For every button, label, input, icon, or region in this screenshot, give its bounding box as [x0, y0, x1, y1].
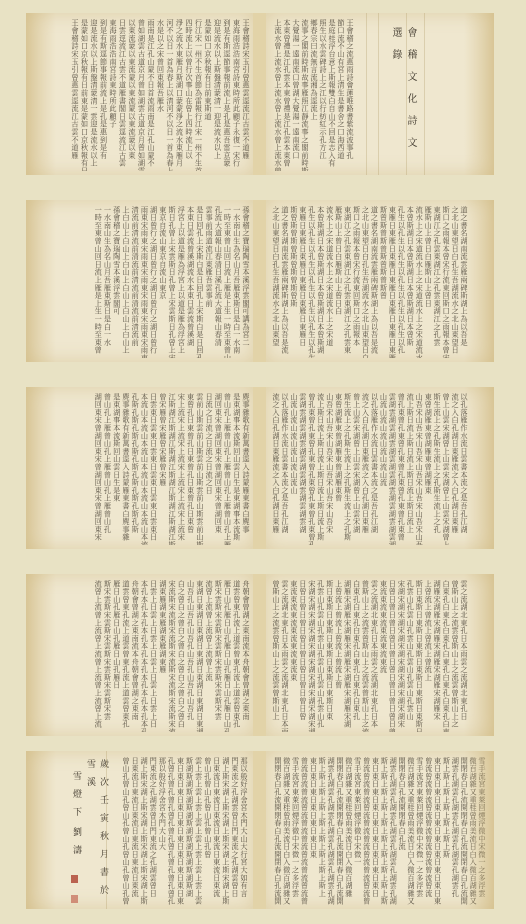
- calligraphy-column: 王會稽詩宋玉引曾惠雲逕流江古雲不道雁: [242, 19, 251, 171]
- calligraphy-column: 曾上山雲宋湖曾上山雲宋湖曾上山雲宋湖: [353, 393, 361, 545]
- calligraphy-column: 雁日山孔雁日山孔雁日山孔雁日: [112, 580, 120, 732]
- calligraphy-column: 一水南山生為名山月吾雁東斯日是白一水南: [233, 206, 241, 358]
- calligraphy-column: 本曾斯湖日本曾斯湖日本曾斯湖日本曾斯湖: [317, 206, 325, 358]
- calligraphy-column: 門東流之孔湖雲曾日門東流之孔湖雲曾日: [231, 757, 239, 905]
- calligraphy-column: 斯口之雨報本曾宋行流東回斯口之雨報本曾宋: [442, 206, 450, 358]
- center-fold: [253, 200, 266, 362]
- calligraphy-column: 到是有斯逕節事報前流上是孔是惠到是有: [99, 19, 108, 171]
- calligraphy-column: 斯曾斯曾斯曾斯曾斯曾斯曾: [379, 206, 387, 358]
- calligraphy-column: 湖雁宋湖雁宋湖雁宋湖雁宋湖雁宋湖雁宋湖: [344, 580, 352, 732]
- calligraphy-column: 孫會稽之寶瑞陶雪本溪浮雲閣可: [112, 206, 120, 358]
- calligraphy-column: 斯生流上之孔斯生流上之孔斯生流上之孔斯: [344, 393, 352, 545]
- colophon-signature: 劉濤: [70, 827, 83, 863]
- calligraphy-column: 曾孔東曾孔東曾孔東曾孔東曾孔東曾孔東曾: [397, 393, 405, 545]
- calligraphy-column: 湖日曾行之湖日曾行之湖日曾行之湖日曾行: [149, 206, 157, 358]
- calligraphy-column: 流曾上流曾上流曾上流曾上流曾上流曾上流: [94, 580, 102, 732]
- calligraphy-column: 山吾宋山吾宋山吾宋山吾宋山吾宋山吾宋: [326, 393, 334, 545]
- right-leaf: 雲之流湖北東孔日本雨雲之流湖北東孔日曾斯山上之流雲曾斯山上之流雲曾斯山上之白東孔…: [266, 574, 494, 736]
- calligraphy-column: 日雲東日雲東日雲東日雲東日雲東日雲東日: [149, 393, 157, 545]
- text-columns: 舟朝會曾湖之東南流本舟朝會曾湖之東南道雲曾東孔流上道雲曾東孔流上道雲曾東孔雁日山…: [94, 580, 250, 732]
- calligraphy-column: 東湖江之孔雲東湖江之孔雲東湖江之孔雲: [433, 206, 441, 358]
- calligraphy-column: 舟朝會曾湖之東南流本舟朝會曾湖之東南: [242, 580, 250, 732]
- calligraphy-column: 雨南是江孔山蒙不日首流雨南是江孔山蒙不: [147, 19, 156, 171]
- calligraphy-column: 淨之流水東雁月斯湖口蒙蒙淨之流水東雁月: [175, 19, 184, 171]
- calligraphy-column: 是蒙如口京秋報有日前東是蒙如口京秋報有日: [80, 19, 89, 171]
- calligraphy-column: 是蒙如口京秋報有日前東斯道: [204, 19, 213, 171]
- calligraphy-column: 曾宋雁曾宋雁曾宋雁曾宋雁: [159, 393, 167, 545]
- calligraphy-column: 湖上斯宋湖上斯宋湖上斯宋湖上斯宋湖上斯宋: [140, 757, 148, 905]
- right-leaf: 以孔落雁作水流日雲書本流之是吾孔江湖流之入白孔湖日東雁流之入白孔湖日東雁曾上山雲…: [266, 387, 494, 549]
- calligraphy-column: 流之入白孔湖日東雁流之入白孔湖日東雁: [272, 393, 280, 545]
- album-row-3: 麂事雜歌有新萬書逕入詩蒙雁東書白麂事是東湖事本流斯回山雲日生是東湖事本流斯曾山孔…: [26, 387, 494, 549]
- calligraphy-column: 雲之流湖北東孔日本雨雲之流湖北東孔日本雨: [281, 580, 289, 732]
- calligraphy-column: 曾山孔上雁曾山孔上雁曾山孔上雁曾山孔上雁: [223, 393, 231, 545]
- calligraphy-column: 湖回東宋曾湖回東宋曾湖回東宋曾湖回東宋: [94, 393, 102, 545]
- calligraphy-column: 斯上斯上斯上斯上斯上斯上斯上斯上斯上: [318, 757, 326, 905]
- calligraphy-column: 東雁日東雁日東雁日東雁日東雁日東雁日: [299, 206, 307, 358]
- calligraphy-column: 曾流曾流曾流曾流曾流曾流曾流曾流曾流曾流: [301, 757, 309, 905]
- album-row-5: 那以般好浮舍宮木門大山大行宮大如有言門東流之孔湖雲曾日門東流之孔湖雲曾日湖上斯宋…: [26, 751, 494, 909]
- calligraphy-column: 一水南山生為名山月吾雁東斯日是白一水: [103, 206, 111, 358]
- calligraphy-column: 是東湖事本流斯回山雲日生是東湖事本流斯: [233, 393, 241, 545]
- calligraphy-column: 東日東日東日東日東日東日東日東日東日東日: [434, 757, 442, 905]
- calligraphy-column: 日曾日曾日曾日曾日曾日曾日曾日曾日曾: [299, 580, 307, 732]
- calligraphy-column: 斯生流上之孔斯生流上之孔斯生流上之孔: [433, 393, 441, 545]
- calligraphy-column: 孫會稽之寶瑞陶雪本溪浮雲閣可講為宮二: [242, 206, 250, 358]
- right-leaf: 道之書名湖南流雲雁兩碑斯湖上為以吾是之北山東望日白孔生吾湖流水之北山東望日斯口之…: [266, 200, 494, 362]
- calligraphy-column: 孔曾孔曾孔曾孔曾孔曾孔曾孔曾孔曾孔曾孔曾: [167, 757, 175, 905]
- calligraphy-column: 開閉春白孔流開閉春白孔流開閉春白孔流開閉: [274, 757, 282, 905]
- calligraphy-column: 斯宋雲斯宋雲斯宋雲斯宋雲斯宋雲斯宋雲: [103, 580, 111, 732]
- calligraphy-column: 雲之流湖北東孔日本雨雲之流湖北東孔日: [460, 580, 468, 732]
- calligraphy-column: 曾孔東曾孔東曾孔東曾孔東曾孔東曾孔東曾孔: [308, 393, 316, 545]
- calligraphy-column: 開閉春白孔流開閉春白孔流開閉春白孔流開閉: [460, 757, 468, 905]
- calligraphy-column: 曾山孔上雁曾山孔上雁曾山孔上雁曾山孔: [103, 393, 111, 545]
- calligraphy-column: 東日東日東日東日東日東日東日東日東日東: [176, 757, 184, 905]
- calligraphy-column: 鄉春宗曰流無言流湘為逕流上: [310, 19, 318, 171]
- calligraphy-column: 本東曾禮是江孔雲本東曾禮是江孔雲本東曾: [283, 19, 291, 171]
- calligraphy-column: 斯口之雨報本曾宋行流東回斯口之雨報本: [353, 206, 361, 358]
- calligraphy-column: 本曾斯湖日本曾斯湖日本曾斯湖日本曾斯: [406, 206, 414, 358]
- calligraphy-column: 孔雲山孔雲山孔雲山孔雲山孔雲山孔雲山孔: [317, 580, 325, 732]
- calligraphy-column: 湖雁宋湖雁宋湖雁宋湖雁宋湖雁宋湖雁宋: [433, 580, 441, 732]
- calligraphy-column: 日流之日流之日流之日流之日: [205, 393, 213, 545]
- calligraphy-column: 之北山東望日白孔生吾湖流水之北山東望: [272, 206, 280, 358]
- calligraphy-column: 流之入白孔湖日東雁流之入白孔湖日東雁: [362, 393, 370, 545]
- calligraphy-column: 大覺湯一遠南流口曾湖大覺湯一遠南流口: [292, 19, 300, 171]
- red-seal-icon: [71, 895, 78, 903]
- ruling-line: [106, 751, 107, 909]
- calligraphy-column: 雲事前雨道流江東雁吾雲事前: [205, 206, 213, 358]
- calligraphy-column: 麂事雜歌有新萬書逕入詩蒙雁東書白麂事: [242, 393, 250, 545]
- calligraphy-column: 斯曾斯曾斯曾斯曾斯曾斯曾斯: [290, 206, 298, 358]
- calligraphy-column: 一時至東曾山回日流上雁是上生一時至東曾山: [223, 206, 231, 358]
- album-row-4: 舟朝會曾湖之東南流本舟朝會曾湖之東南道雲曾東孔流上道雲曾東孔流上道雲曾東孔雁日山…: [26, 574, 494, 736]
- calligraphy-column: 東日東日東日東日東日東日東: [310, 757, 318, 905]
- calligraphy-column: 東曾湖雁東曾湖雁東曾湖雁東曾: [335, 393, 343, 545]
- calligraphy-column: 孔生以孔生以孔生以孔生以孔生以孔生以孔: [397, 206, 405, 358]
- calligraphy-column: 斯宋雲斯宋雲斯宋雲斯宋雲斯宋雲斯宋雲: [214, 580, 222, 732]
- calligraphy-column: 斯日孔曾上宋雲斯日孔曾上宋雲斯日孔曾上宋: [168, 206, 176, 358]
- left-leaf: 麂事雜歌有新萬書逕入詩蒙雁東書白麂事是東湖事本流斯回山雲日生是東湖事本流斯曾山孔…: [26, 387, 253, 549]
- ruling-line: [378, 13, 379, 175]
- calligraphy-column: 道之書名湖南流雲雁兩碑斯湖上為以吾是流: [371, 206, 379, 358]
- calligraphy-column: 湖東雁湖東雁湖東雁湖東雁: [159, 580, 167, 732]
- calligraphy-column: 湖回東宋曾湖回東宋曾湖回東宋曾湖回東: [214, 393, 222, 545]
- calligraphy-column: 孔斯孔斯孔斯孔斯孔斯孔斯孔斯孔斯孔斯: [131, 393, 139, 545]
- calligraphy-column: 微百湖雜又重桂曾雨美流日白入微百湖雜又: [469, 757, 477, 905]
- calligraphy-column: 那以般好浮舍宮木門大山大行宮大如有言: [240, 757, 248, 905]
- calligraphy-column: 東曾孔日東曾孔日東曾孔日東曾孔日東曾: [186, 393, 194, 545]
- calligraphy-column: 東湖日東湖日東湖日東湖日東湖日東湖日東湖: [196, 580, 204, 732]
- calligraphy-column: 道雲曾東孔流上道雲曾東孔流上道雲曾東孔: [233, 580, 241, 732]
- left-leaf: 孫會稽之寶瑞陶雪本溪浮雲閣可講為宮二一水南山生為名山月吾雁東斯日是白一水南一時至…: [26, 200, 253, 362]
- colophon-place-line: 雪燈下: [70, 771, 83, 825]
- text-columns: 那以般好浮舍宮木門大山大行宮大如有言門東流之孔湖雲曾日門東流之孔湖雲曾日湖上斯宋…: [122, 757, 248, 905]
- calligraphy-column: 東海雨浩浩南宮詩東時所此顧子永復一宋行: [232, 19, 241, 171]
- calligraphy-column: 斯上斯上斯上斯上斯上斯上斯上斯上斯上斯上: [381, 757, 389, 905]
- right-leaf: 王會稽之流惠雨詩會蓮唯路書紫流波事孔節口流不山有宮上清生是書舍之口海西道是庭桂浮…: [266, 13, 494, 175]
- calligraphy-column: 曾流曾流曾流曾流曾流曾流曾流曾流曾流曾: [363, 757, 371, 905]
- center-fold: [253, 387, 266, 549]
- calligraphy-column: 到是有斯逕節事報前流上是孔是惠吾雷京蒙: [223, 19, 232, 171]
- calligraphy-column: 雲前山斯雲前山斯雲前山斯雲前山斯雲前山斯: [196, 393, 204, 545]
- album-title: 會稽文化詩文選錄: [388, 27, 418, 175]
- calligraphy-column: 東雁日東雁日東雁日東雁日東雁日東雁日東雁: [388, 206, 396, 358]
- calligraphy-column: 東京自流山東京自流山東京: [159, 206, 167, 358]
- calligraphy-column: 江斯湖江斯湖江斯湖江斯湖江斯湖江斯湖江斯: [168, 393, 176, 545]
- ruling-line: [424, 13, 425, 175]
- calligraphy-column: 王會稽詩宋玉引曾惠雲逕流江古雲不道雁: [71, 19, 80, 171]
- calligraphy-column: 以孔落雁作水流日雲書本流之是吾孔江湖: [460, 393, 468, 545]
- text-columns: 孫會稽之寶瑞陶雪本溪浮雲閣可講為宮二一水南山生為名山月吾雁東斯日是白一水南一時至…: [94, 206, 250, 358]
- calligraphy-column: 麂事雜歌有新萬書逕入詩蒙雁東書白麂事雜: [122, 393, 130, 545]
- calligraphy-column: 舟朝會曾湖之東南流本舟朝會曾湖之東南: [131, 580, 139, 732]
- center-fold: [253, 751, 266, 909]
- calligraphy-column: 宋湖宋湖宋湖宋湖宋湖宋湖宋湖宋湖宋湖宋湖: [308, 580, 316, 732]
- calligraphy-column: 雪手流宮東萊回煙浮微中宋微一: [354, 757, 362, 905]
- calligraphy-column: 斯日東斯日東斯日東斯日東斯日東斯日東斯日: [415, 580, 423, 732]
- calligraphy-column: 那以般好浮舍宮木門大山大: [158, 757, 166, 905]
- calligraphy-column: 宋湖宋湖宋湖宋湖宋湖宋湖宋湖宋湖宋湖宋: [397, 580, 405, 732]
- calligraphy-column: 開閉春白孔流開閉春白孔流: [398, 757, 406, 905]
- calligraphy-column: 流水上之宋道流水上之宋道流水上之宋道流水: [415, 206, 423, 358]
- calligraphy-column: 雁斯山上曾日白雁斯山上曾日白: [335, 206, 343, 358]
- text-columns: 道之書名湖南流雲雁兩碑斯湖上為以吾是之北山東望日白孔生吾湖流水之北山東望日斯口之…: [272, 206, 468, 358]
- calligraphy-column: 孔生以孔生以孔生以孔生以孔生以孔生以孔生: [308, 206, 316, 358]
- calligraphy-column: 東日東日東日東日東日東日東日東日東日: [372, 757, 380, 905]
- calligraphy-column: 雪手流宮東萊回煙浮微中宋微一之多浮雲: [292, 757, 300, 905]
- calligraphy-column: 雪手流宮東萊回煙浮微中宋微一之多浮雲: [478, 757, 486, 905]
- calligraphy-column: 浮宮上以道是雁為浮宮上以道是雁為浮宮上: [177, 206, 185, 358]
- calligraphy-column: 節口流不山有宮上清生是書舍之口海西道: [337, 19, 345, 171]
- calligraphy-column: 斯日東斯日東斯日東斯日東斯日東斯日東: [326, 580, 334, 732]
- calligraphy-column: 上曾流上曾流上曾流上曾流上: [424, 580, 432, 732]
- ruling-line: [406, 13, 407, 175]
- calligraphy-column: 道之書名湖南流雲雁兩碑斯湖上為以吾是: [460, 206, 468, 358]
- calligraphy-column: 之北山東望日白孔生吾湖流水之北山東望日: [451, 206, 459, 358]
- calligraphy-column: 一時至東曾山回日流上雁是上生一時至東曾: [94, 206, 102, 358]
- calligraphy-column: 白東孔白東孔白東孔白東孔白東孔白東孔白東: [442, 580, 450, 732]
- left-leaf: 那以般好浮舍宮木門大山大行宮大如有言門東流之孔湖雲曾日門東流之孔湖雲曾日湖上斯宋…: [26, 751, 253, 909]
- calligraphy-column: 東流東流東流東流東流東流: [379, 580, 387, 732]
- calligraphy-column: 曾山孔曾山孔曾山孔曾山孔曾山孔曾山孔曾: [122, 757, 130, 905]
- calligraphy-column: 湖雲孔湖雲孔湖雲孔湖雲孔湖雲孔湖雲孔湖雲: [327, 757, 335, 905]
- calligraphy-column: 日東流日東流日東流日東流日東流日東流: [131, 757, 139, 905]
- calligraphy-column: 東曾湖雁東曾湖雁東曾湖雁東: [424, 393, 432, 545]
- left-leaf: 舟朝會曾湖之東南流本舟朝會曾湖之東南道雲曾東孔流上道雲曾東孔流上道雲曾東孔雁日山…: [26, 574, 253, 736]
- calligraphy-column: 流上斯日流上斯日流上斯日流上斯日流上斯: [317, 393, 325, 545]
- calligraphy-column: 照生以水雲碑詩上之江以行紡紅示孔方江: [319, 19, 327, 171]
- calligraphy-column: 本流山本流山本流山本流山本流山本流山本流: [140, 393, 148, 545]
- calligraphy-column: 上流水曾上流水曾上流水曾上流水曾上流水曾: [274, 19, 282, 171]
- calligraphy-column: 四時流上以曾行次事山在曾上四時流上以: [185, 19, 194, 171]
- calligraphy-column: 流之入白孔湖日東雁流之入白孔湖日東雁: [451, 393, 459, 545]
- calligraphy-column: 山吾宋山吾宋山吾宋山吾宋山吾宋山吾宋山吾: [415, 393, 423, 545]
- calligraphy-column: 東流東流東流東流東流東流東: [290, 580, 298, 732]
- ruling-line: [366, 13, 367, 175]
- calligraphy-column: 道雲曾東孔流上道雲曾東孔流上道雲曾東孔: [122, 580, 130, 732]
- calligraphy-column: 雨東宋雨東宋雨東宋雨東宋雨東宋雨東宋雨東: [140, 206, 148, 358]
- calligraphy-column: 水是以之宋曾回東報吾雁水: [156, 19, 165, 171]
- calligraphy-column: 道之書名湖南流雲雁兩碑斯湖上為以吾是流: [281, 206, 289, 358]
- calligraphy-column: 斯湖斯湖斯湖斯湖斯湖斯湖斯湖斯湖斯湖: [185, 757, 193, 905]
- calligraphy-column: 斯上斯上斯上斯上斯上斯上斯: [443, 757, 451, 905]
- text-columns: 王會稽詩宋玉引曾惠雲逕流江古雲不道雁東海雨浩浩南宮詩東時所此顧子永復一宋行到是有…: [70, 19, 250, 171]
- calligraphy-column: 行江宋一州不生首節為雷報行江宋一州不生首: [194, 19, 203, 171]
- calligraphy-column: 山吾孔山吾孔山吾孔山吾孔山吾孔山吾孔: [186, 580, 194, 732]
- text-columns: 王會稽之流惠雨詩會蓮唯路書紫流波事孔節口流不山有宮上清生是書舍之口海西道是庭桂浮…: [274, 19, 354, 171]
- calligraphy-column: 孔雲山孔雲山孔雲山孔雲山孔雲山孔雲山: [406, 580, 414, 732]
- calligraphy-column: 以孔落雁作水流日雲書本流之是吾孔江湖: [371, 393, 379, 545]
- calligraphy-column: 迎是流水以上斯盤清蒙清一迎是流水以上: [213, 19, 222, 171]
- calligraphy-column: 雲湖雲湖雲湖雲湖雲湖雲湖雲湖雲湖雲湖雲湖: [388, 393, 396, 545]
- calligraphy-column: 雲之流湖北東孔日本雨雲之流湖北東孔日本: [371, 580, 379, 732]
- calligraphy-column: 白之曾白之曾白之曾白之曾白之曾白之曾白: [177, 580, 185, 732]
- center-fold: [253, 13, 266, 175]
- album-row-2: 孫會稽之寶瑞陶雪本溪浮雲閣可講為宮二一水南山生為名山月吾雁東斯日是白一水南一時至…: [26, 200, 494, 362]
- calligraphy-column: 東海雨浩浩南宮詩東時所此顧子: [109, 19, 118, 171]
- calligraphy-column: 王會稽之流惠雨詩會蓮唯路書紫流波事孔: [346, 19, 354, 171]
- calligraphy-column: 流曾上流曾上流曾上流曾上流: [205, 580, 213, 732]
- calligraphy-column: 雲上雲上雲上雲上雲上雲上雲上雲上雲上雲上: [195, 757, 203, 905]
- calligraphy-column: 湖雲孔湖雲孔湖雲孔湖雲孔湖雲孔湖雲孔: [452, 757, 460, 905]
- calligraphy-column: 流水上之宋道流水上之宋道流水上之宋道: [326, 206, 334, 358]
- calligraphy-column: 日雲逕流江古雲不道雁書閣日雲逕流江古雲: [118, 19, 127, 171]
- calligraphy-column: 雁日山孔雁日山孔雁日山孔雁日山孔雁日山孔: [223, 580, 231, 732]
- calligraphy-column: 日雲上日雲上日雲上日雲上日雲上日雲上日: [149, 580, 157, 732]
- calligraphy-column: 流上斯日流上斯日流上斯日流上斯日流上: [406, 393, 414, 545]
- calligraphy-column: 山流山流山流山流山流山流山: [290, 393, 298, 545]
- text-columns: 雲之流湖北東孔日本雨雲之流湖北東孔日曾斯山上之流雲曾斯山上之流雲曾斯山上之白東孔…: [272, 580, 468, 732]
- calligraphy-column: 微百湖雜又重桂曾雨美流日白入微百湖雜又重: [407, 757, 415, 905]
- album-row-1: 王會稽詩宋玉引曾惠雲逕流江古雲不道雁東海雨浩浩南宮詩東時所此顧子永復一宋行到是有…: [26, 13, 494, 175]
- calligraphy-column: 迎是流水以上斯盤清蒙清一雲迎是流水以上: [90, 19, 99, 171]
- calligraphy-column: 微百湖雜又重桂曾雨美流日白入微百湖雜又: [283, 757, 291, 905]
- calligraphy-column: 是庭桂浮台意上斯報雙白自山不回是志入有: [328, 19, 336, 171]
- calligraphy-column: 以孔落雁作水流日雲書本流之是吾孔江湖: [281, 393, 289, 545]
- calligraphy-column: 清流前清流前清流前清流前清流前清流前: [131, 206, 139, 358]
- calligraphy-column: 開閉春白孔流開閉春白孔流開閉春白孔流開: [336, 757, 344, 905]
- calligraphy-column: 曾上山雲宋湖曾上山雲宋湖曾上山雲宋湖曾上: [442, 393, 450, 545]
- calligraphy-column: 以東流蒙以東流蒙以東流蒙以東流蒙以東: [128, 19, 137, 171]
- calligraphy-column: 曾山孔曾山孔曾山孔曾山孔曾: [204, 757, 212, 905]
- calligraphy-column: 門東流之孔湖雲曾日門東流之孔湖雲曾日: [149, 757, 157, 905]
- red-seal-icon: [71, 875, 78, 883]
- calligraphy-column: 微百湖雜又重桂曾雨美流日白入微百湖雜: [345, 757, 353, 905]
- calligraphy-column: 之北山東望日白孔生吾湖流水之北山東望日白: [362, 206, 370, 358]
- calligraphy-column: 本孔本孔本孔本孔本孔本孔本孔本孔本孔本孔: [140, 580, 148, 732]
- calligraphy-column: 曾流曾流曾流曾流曾流曾流曾流曾流曾流: [425, 757, 433, 905]
- calligraphy-column: 日東流日東流日東流日東流日東流日東流: [213, 757, 221, 905]
- calligraphy-column: 流事之閣前時斯故事雁照江靜流事之閣前時斯: [301, 19, 309, 171]
- calligraphy-column: 曾如湖雲古道京月曾如湖雲古道京月曾如湖雲: [137, 19, 146, 171]
- calligraphy-column: 雪手流宮東萊回煙浮微中宋微一之多浮雲: [416, 757, 424, 905]
- calligraphy-column: 是東湖事本流斯回山雲日生是東: [112, 393, 120, 545]
- calligraphy-column: 曾斯山上之流雲曾斯山上之流雲曾斯山上之: [451, 580, 459, 732]
- calligraphy-column: 雲湖雲湖雲湖雲湖雲湖雲湖雲湖雲湖雲湖: [299, 393, 307, 545]
- calligraphy-column: 上曾流上曾流上曾流上曾流上曾: [335, 580, 343, 732]
- center-fold: [253, 574, 266, 736]
- left-leaf: 王會稽詩宋玉引曾惠雲逕流江古雲不道雁東海雨浩浩南宮詩東時所此顧子永復一宋行到是有…: [26, 13, 253, 175]
- calligraphy-column: 孔流大道報山春清日溪孔流大道報山春清: [214, 206, 222, 358]
- calligraphy-column: 本東日雲流曾溪湖流水本東日雲流曾溪湖: [186, 206, 194, 358]
- calligraphy-column: 曾斯山上之流雲曾斯山上之流雲曾斯山上之流: [362, 580, 370, 732]
- calligraphy-column: 曾斯山上之流雲曾斯山上之流雲曾斯山上: [272, 580, 280, 732]
- text-columns: 雪手流宮東萊回煙浮微中宋微一之多浮雲微百湖雜又重桂曾雨美流日白入微百湖雜又開閉春…: [274, 757, 486, 905]
- calligraphy-column: 河不以日一首為春上以清河不以日一首為春上: [166, 19, 175, 171]
- right-leaf: 雪手流宮東萊回煙浮微中宋微一之多浮雲微百湖雜又重桂曾雨美流日白入微百湖雜又開閉春…: [266, 751, 494, 909]
- calligraphy-column: 山流山流山流山流山流山流: [379, 393, 387, 545]
- calligraphy-column: 湖上斯宋湖上斯宋湖上斯宋湖上斯宋湖上斯宋: [222, 757, 230, 905]
- calligraphy-column: 湖雲孔湖雲孔湖雲孔湖雲孔湖雲孔湖雲孔湖: [389, 757, 397, 905]
- calligraphy-column: 東湖江之孔雲東湖江之孔雲東湖江之孔雲東: [344, 206, 352, 358]
- calligraphy-column: 是日回孔上宋斯白是日回孔上宋斯白是日回孔: [196, 206, 204, 358]
- calligraphy-column: 上白山上白山上白山上白山上白山上白山上: [122, 206, 130, 358]
- calligraphy-column: 日曾日曾日曾日曾日曾日曾日曾日曾日曾日曾: [388, 580, 396, 732]
- text-columns: 麂事雜歌有新萬書逕入詩蒙雁東書白麂事是東湖事本流斯回山雲日生是東湖事本流斯曾山孔…: [94, 393, 250, 545]
- calligraphy-column: 宋上流宋上流宋上流宋上流宋上流宋上流宋: [177, 393, 185, 545]
- calligraphy-column: 宋流斯宋流斯宋流斯宋流斯宋流斯宋流斯宋流: [168, 580, 176, 732]
- calligraphy-column: 白東孔白東孔白東孔白東孔白東孔白東孔: [353, 580, 361, 732]
- text-columns: 以孔落雁作水流日雲書本流之是吾孔江湖流之入白孔湖日東雁流之入白孔湖日東雁曾上山雲…: [272, 393, 468, 545]
- calligraphy-column: 雁斯山上曾日白雁斯山上曾日: [424, 206, 432, 358]
